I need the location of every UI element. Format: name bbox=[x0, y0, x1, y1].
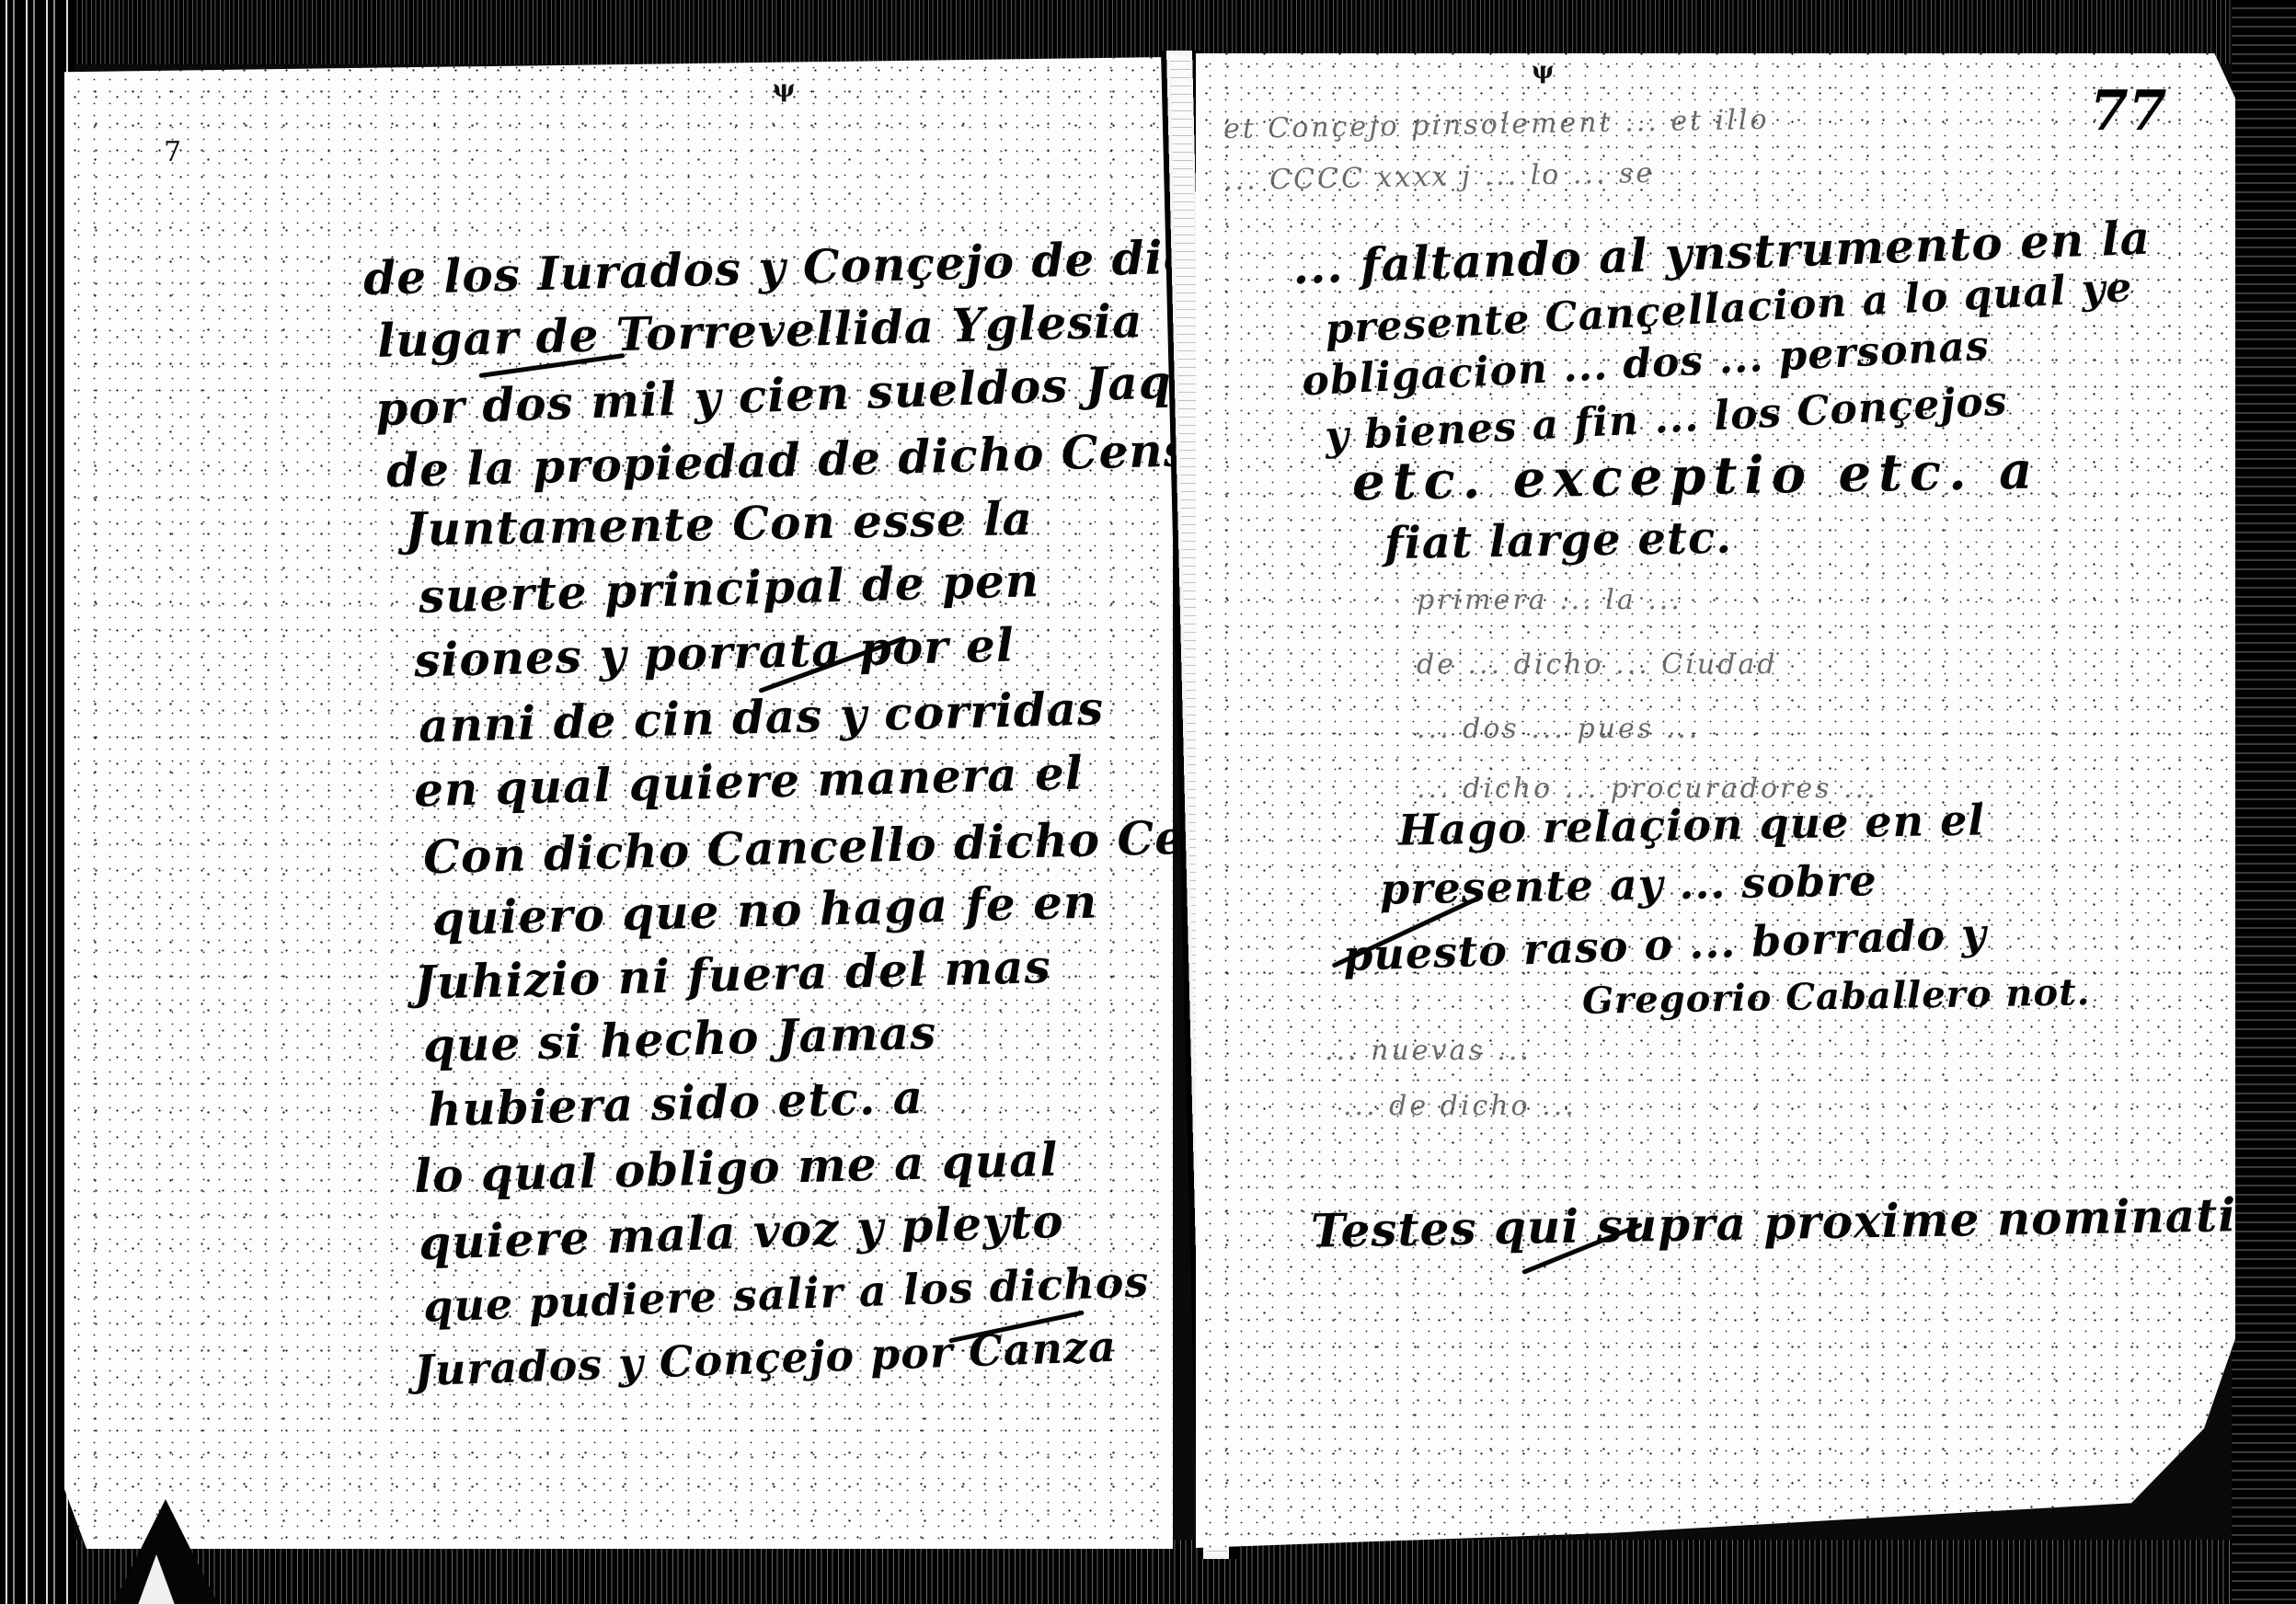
right-top-mark: ψ bbox=[1532, 57, 1554, 85]
left-line-5: Juntamente Con esse la bbox=[405, 491, 1034, 556]
notary-line-2: presente ay ... sobre bbox=[1380, 855, 1878, 913]
folio-number: 77 bbox=[2090, 79, 2167, 143]
scan-border-right bbox=[2232, 0, 2296, 1604]
notary-line-1: Hago relaçion que en el bbox=[1398, 795, 1986, 854]
left-margin-mark: 7 bbox=[164, 136, 181, 168]
page-corner-curl-highlight bbox=[138, 1554, 175, 1604]
left-top-mark: ψ bbox=[773, 75, 795, 103]
book-edge-left bbox=[0, 0, 74, 1604]
bleed-line-7: ... nuevas ... bbox=[1325, 1035, 1532, 1067]
bleed-line-4: de ... dicho ... Ciudad bbox=[1417, 648, 1777, 681]
notary-signature: Gregorio Caballero not. bbox=[1582, 970, 2091, 1023]
bleed-line-5: ... dos ... pues ... bbox=[1417, 713, 1700, 745]
bleed-line-8: ... de dicho ... bbox=[1343, 1090, 1577, 1122]
scan-border-bottom bbox=[0, 1540, 2296, 1604]
manuscript-scan: 7 ψ de los Iurados y Conçejo de dichos l… bbox=[0, 0, 2296, 1604]
bleed-line-3: primera ... la ... bbox=[1417, 584, 1682, 616]
right-line-5: etc. exceptio etc. a bbox=[1351, 440, 2039, 512]
right-line-6: fiat large etc. bbox=[1384, 512, 1733, 570]
